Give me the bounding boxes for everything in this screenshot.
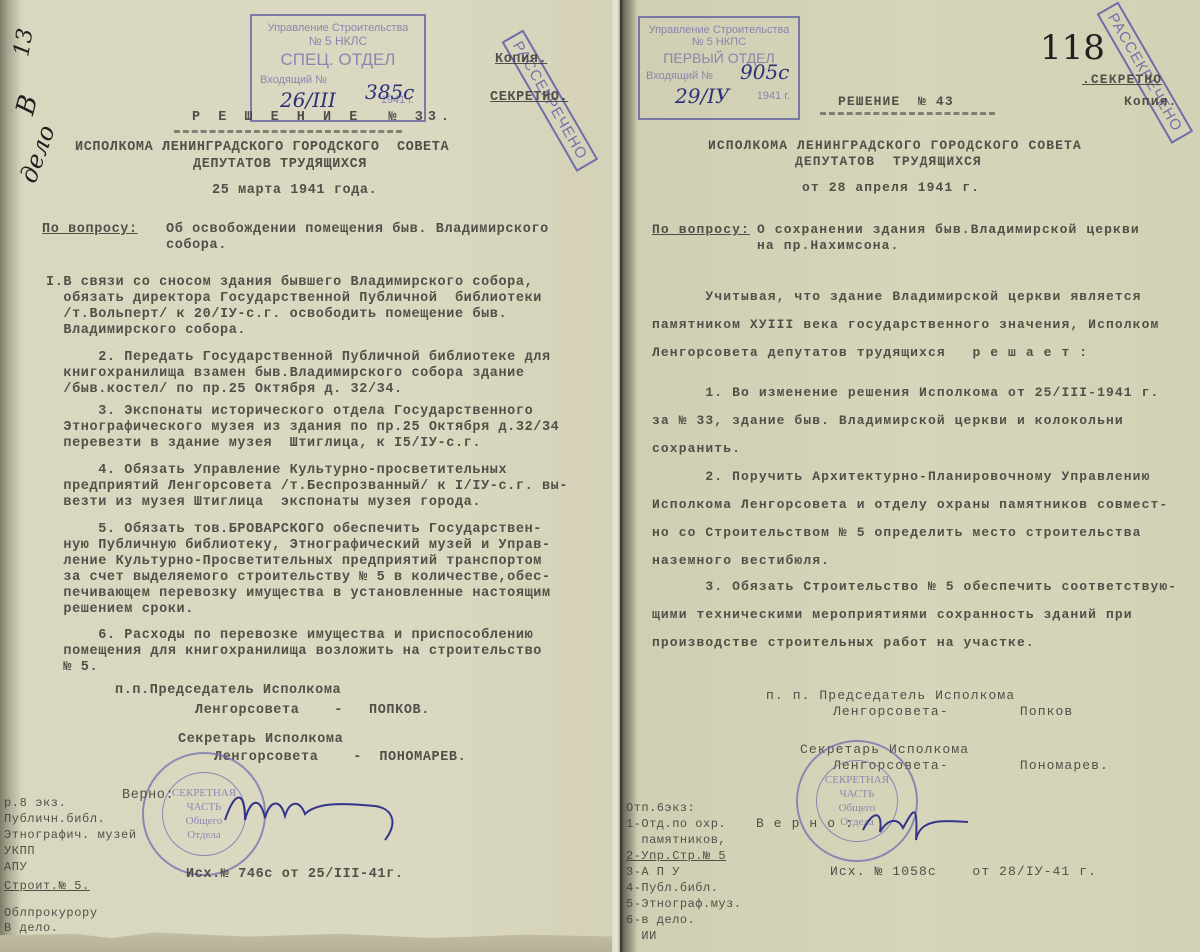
item-line: щими техническими мероприятиями сохранно… [652,607,1133,623]
issuing-body-line2: ДЕПУТАТОВ ТРУДЯЩИХСЯ [193,157,367,173]
torn-paper-edge [0,924,618,952]
decision-title: Р Е Ш Е Н И Е № 33. [192,110,454,126]
item-line: 2. Поручить Архитектурно-Планировочному … [652,469,1150,485]
distribution-line: В дело. [4,920,59,936]
outgoing-number: Исх. № 1058с от 28/IУ-41 г. [830,864,1097,880]
item-line: за № 33, здание быв. Владимирской церкви… [652,413,1124,429]
item-line: сохранить. [652,441,741,457]
distribution-line: ИИ [626,928,657,944]
item-line: 6. Расходы по перевозке имущества и прис… [46,628,533,644]
distribution-line: р.8 экз. [4,795,66,811]
secretary-signature-line: Ленгорсовета - ПОНОМАРЕВ. [214,750,466,766]
question-text: Об освобождении помещения быв. Владимирс… [166,222,549,238]
copy-mark: Копия. [495,52,547,68]
distribution-line: памятников, [626,832,726,848]
margin-handwriting: В [11,92,45,118]
distribution-line: 1-Отд.по охр. [626,816,726,832]
item-line: Исполкома Ленгорсовета и отделу охраны п… [652,497,1168,513]
issuing-body-line1: ИСПОЛКОМА ЛЕНИНГРАДСКОГО ГОРОДСКОГО СОВЕ… [75,140,449,156]
item-line: производстве строительных работ на участ… [652,635,1035,651]
distribution-line: АПУ [4,859,27,875]
item-line: ную Публичную библиотеку, Этнографически… [46,538,551,554]
chairman-signature-line: Ленгорсовета - ПОПКОВ. [195,703,430,719]
incoming-registration-stamp: Управление Строительства № 5 НКЛС СПЕЦ. … [250,14,426,122]
question-label: По вопросу: [652,222,750,238]
item-line: I.В связи со сносом здания бывшего Влади… [46,275,533,291]
item-line: предприятий Ленгорсовета /т.Беспрозванны… [46,479,568,495]
distribution-line: Облпрокурору [4,905,98,921]
handwritten-incoming-date: 26/III [280,88,336,112]
decision-date: 25 марта 1941 года. [212,183,377,199]
verified-label: Верно: [122,788,174,804]
signature-icon [215,770,415,850]
item-line: Этнографического музея из здания по пр.2… [46,420,559,436]
secretary-signature-line: Секретарь Исполкома [178,732,343,748]
item-line: помещения для книгохранилища возложить н… [46,644,542,660]
outgoing-number: Исх.№ 746с от 25/III-41г. [186,867,404,883]
item-line: /т.Вольперт/ к 20/IУ-с.г. освободить пом… [46,307,507,323]
item-line: 3. Экспонаты исторического отдела Госуда… [46,404,533,420]
preamble-line: Ленгорсовета депутатов трудящихся р е ш … [652,345,1088,361]
secret-mark: СЕКРЕТНО. [490,90,568,106]
item-line: но со Строительством № 5 определить мест… [652,525,1142,541]
title-underline [820,112,995,115]
seal-text: СЕКРЕТНАЯ [825,773,889,787]
preamble-line: памятником ХУIII века государственного з… [652,317,1159,333]
distribution-line: Публичн.библ. [4,811,105,827]
item-line: /быв.костел/ по пр.25 Октября д. 32/34. [46,382,403,398]
item-line: печивающем перевозку имущества в установ… [46,586,551,602]
question-text: на пр.Нахимсона. [757,238,899,254]
stamp-line: Управление Строительства [252,22,424,34]
distribution-line: 3-А П У [626,864,680,880]
item-line: решением сроки. [46,602,194,618]
issuing-body-line1: ИСПОЛКОМА ЛЕНИНГРАДСКОГО ГОРОДСКОГО СОВЕ… [708,138,1082,154]
handwritten-incoming-date: 29/IУ [675,84,730,108]
title-underline [174,130,402,133]
handwritten-incoming-number: 905с [740,60,789,84]
stamp-line: Управление Строительства [640,24,798,36]
chairman-signature-line: п. п. Председатель Исполкома [766,688,1015,704]
item-line: 3. Обязать Строительство № 5 обеспечить … [652,579,1177,595]
item-line: № 5. [46,660,98,676]
decision-title: РЕШЕНИЕ № 43 [838,94,954,110]
handwritten-incoming-number: 385с [365,80,414,104]
margin-handwriting: дело [14,121,61,186]
chairman-signature-line: Ленгорсовета- Попков [833,704,1073,720]
margin-handwriting: 13 [9,27,38,59]
secret-mark: .СЕКРЕТНО [1082,72,1162,88]
item-line: 2. Передать Государственной Публичной би… [46,350,551,366]
distribution-line: УКПП [4,843,35,859]
copy-mark: Копия. [1124,94,1177,110]
distribution-line: Строит.№ 5. [4,878,90,894]
stamp-line: № 5 НКЛС [252,34,424,48]
distribution-line: 2-Упр.Стр.№ 5 [626,848,726,864]
item-line: 4. Обязать Управление Культурно-просвети… [46,463,507,479]
right-document-page: Управление Строительства № 5 НКПС ПЕРВЫЙ… [620,0,1200,952]
chairman-signature-line: п.п.Председатель Исполкома [115,683,341,699]
item-line: ление Культурно-Просветительных предприя… [46,554,542,570]
page-number: 118 [1040,28,1105,68]
distribution-line: 6-в дело. [626,912,695,928]
item-line: книгохранилища взамен быв.Владимирского … [46,366,525,382]
preamble-line: Учитывая, что здание Владимирской церкви… [652,289,1142,305]
item-line: 5. Обязать тов.БРОВАРСКОГО обеспечить Го… [46,522,542,538]
verified-label: В е р н о : [756,816,854,832]
item-line: Владимирского собора. [46,323,246,339]
distribution-line: 4-Публ.библ. [626,880,718,896]
decision-date: от 28 апреля 1941 г. [802,180,980,196]
stamp-label: Входящий № [646,70,713,82]
stamp-line: СПЕЦ. ОТДЕЛ [252,50,424,70]
item-line: 1. Во изменение решения Исполкома от 25/… [652,385,1159,401]
stamp-label: Входящий № [260,74,327,86]
issuing-body-line2: ДЕПУТАТОВ ТРУДЯЩИХСЯ [795,154,982,170]
item-line: за счет выделяемого строительству № 5 в … [46,570,551,586]
stamp-line: № 5 НКПС [640,36,798,48]
question-label: По вопросу: [42,222,138,238]
left-document-page: Управление Строительства № 5 НКЛС СПЕЦ. … [0,0,618,952]
item-line: обязать директора Государственной Публич… [46,291,542,307]
distribution-line: 5-Этнограф.муз. [626,896,742,912]
distribution-line: Отп.6экз: [626,800,695,816]
question-text: О сохранении здания быв.Владимирской цер… [757,222,1140,238]
signature-icon [858,790,978,850]
item-line: перевезти в здание музея Штиглица, к I5/… [46,436,481,452]
stamp-year: 1941 г. [757,90,790,102]
distribution-line: Этнографич. музей [4,827,137,843]
question-text: собора. [166,238,227,254]
item-line: везти из музея Штиглица экспонаты музея … [46,495,481,511]
item-line: наземного вестибюля. [652,553,830,569]
